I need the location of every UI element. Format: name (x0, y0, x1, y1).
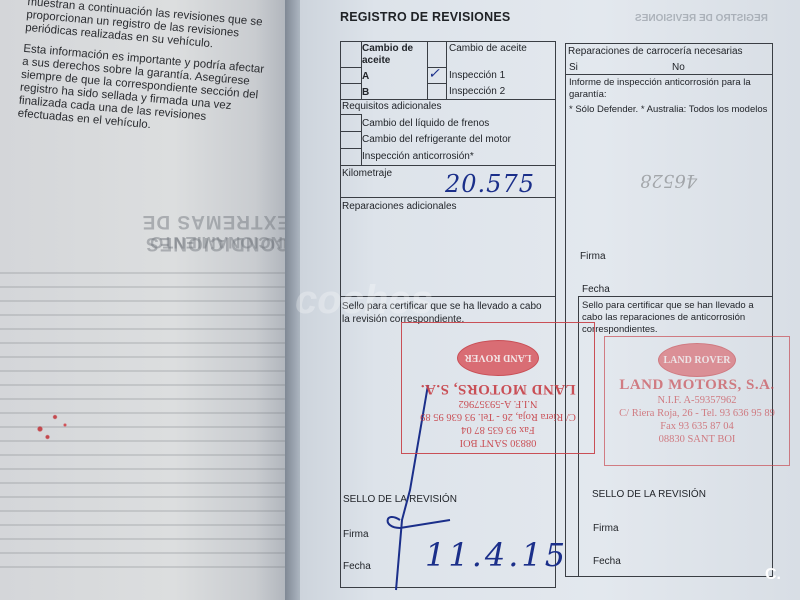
grid-line (340, 114, 362, 115)
grid-line (340, 83, 362, 84)
date-label-left: Fecha (343, 561, 371, 572)
inspection-2: Inspección 2 (449, 86, 505, 97)
land-rover-logo-2: LAND ROVER (658, 343, 736, 377)
bodywork-no[interactable]: No (672, 62, 685, 73)
date-label-right-2: Fecha (593, 556, 621, 567)
grid-line (340, 197, 555, 198)
grid-line (565, 74, 772, 75)
left-page: muestran a continuación las revisiones q… (0, 0, 290, 600)
stamp-fax: Fax 93 635 87 04 (402, 423, 594, 436)
additional-repairs: Reparaciones adicionales (342, 201, 457, 212)
inspection-1-checkmark[interactable]: ✓ (428, 66, 440, 82)
stamp-fax-2: Fax 93 635 87 04 (605, 420, 789, 433)
coolant: Cambio del refrigerante del motor (362, 134, 511, 145)
seal-title-right: SELLO DE LA REVISIÓN (592, 489, 706, 500)
page-title: REGISTRO DE REVISIONES (340, 10, 510, 24)
mileage-value[interactable]: 20.575 (445, 170, 535, 198)
signature-label-left: Firma (343, 529, 369, 540)
option-b: B (362, 87, 369, 98)
stamp-nif: N.I.F. A-59357962 (402, 397, 594, 410)
grid-line (340, 99, 555, 100)
grid-line (446, 41, 447, 99)
dealer-stamp-inverted: 08830 SANT BOI Fax 93 635 87 04 C/ Riera… (401, 322, 595, 454)
corner-watermark: C. (765, 566, 781, 584)
stamp-company: LAND MOTORS, S.A. (402, 380, 594, 397)
date-label-right: Fecha (582, 284, 610, 295)
dealer-stamp: LAND ROVER LAND MOTORS, S.A. N.I.F. A-59… (604, 336, 790, 466)
faint-handwriting: 46528 (640, 170, 697, 191)
grid-line (340, 131, 362, 132)
grid-line (340, 148, 362, 149)
land-rover-logo: LAND ROVER (457, 340, 539, 376)
signature-label-right: Firma (580, 251, 606, 262)
brake-fluid: Cambio del líquido de frenos (362, 118, 489, 129)
stamp-city-2: 08830 SANT BOI (605, 433, 789, 446)
stamp-city: 08830 SANT BOI (402, 436, 594, 449)
option-a: A (362, 71, 369, 82)
signature-label-right-2: Firma (593, 523, 619, 534)
grid-line (340, 67, 362, 68)
seal-certify-right: Sello para certificar que se han llevado… (582, 300, 770, 336)
anticorrosion-report: Informe de inspección anticorrosión para… (569, 77, 764, 101)
grid-line (427, 83, 447, 84)
watermark: coches (295, 278, 433, 323)
stamp-address: C/ Riera Roja, 26 - Tel. 93 636 95 89 (402, 410, 594, 423)
footnote: * Sólo Defender. * Australia: Todos los … (569, 104, 767, 115)
bodywork-repairs: Reparaciones de carrocería necesarias (568, 46, 743, 57)
stamp-company-2: LAND MOTORS, S.A. (605, 377, 789, 394)
red-spots (30, 405, 80, 445)
left-paragraph-2: Esta información es importante y podría … (17, 43, 268, 142)
bodywork-yes[interactable]: Si (569, 62, 578, 73)
anticorrosion: Inspección anticorrosión* (362, 151, 474, 162)
oil-change-header: Cambio de aceite (362, 43, 422, 67)
inspection-1: Inspección 1 (449, 70, 505, 81)
additional-requirements: Requisitos adicionales (342, 101, 442, 112)
left-page-text: muestran a continuación las revisiones q… (16, 0, 272, 150)
ghost-title: REGISTRO DE REVISIONES (635, 13, 768, 24)
stamp-address-2: C/ Riera Roja, 26 - Tel. 93 636 95 89 (605, 407, 789, 420)
oil-change-right: Cambio de aceite (449, 43, 527, 54)
mileage-label: Kilometraje (342, 168, 392, 179)
grid-line (340, 165, 555, 166)
stamp-nif-2: N.I.F. A-59357962 (605, 394, 789, 407)
grid-line (578, 296, 772, 297)
bleed-heading-2: FUNCIONAMIENTO (150, 232, 290, 252)
